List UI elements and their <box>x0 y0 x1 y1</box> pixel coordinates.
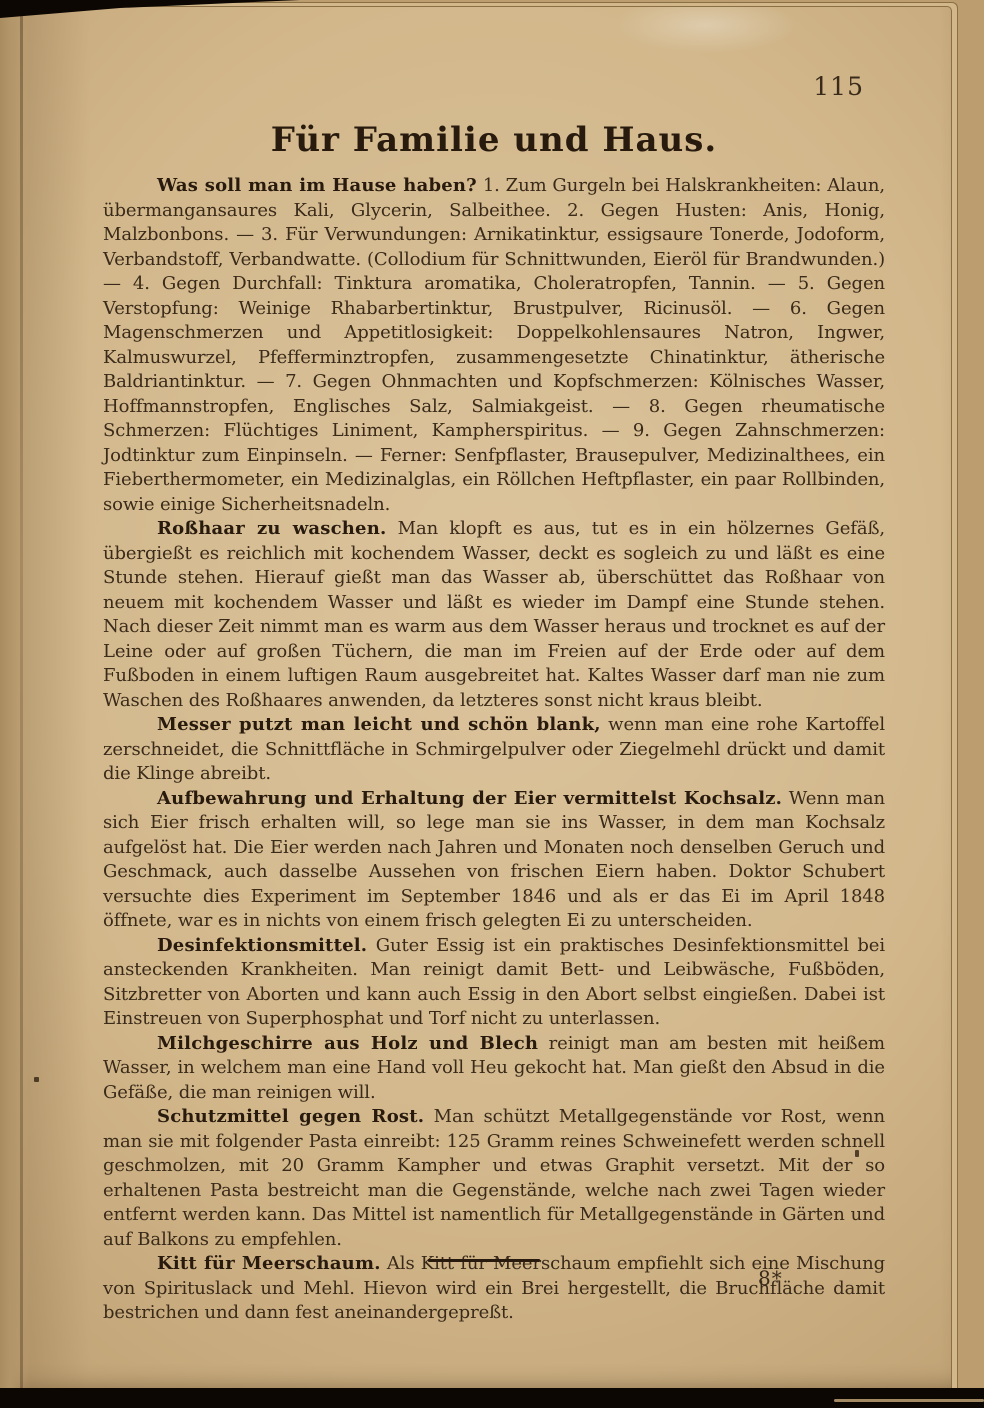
paragraph-was-soll-man-im-hause-haben: Was soll man im Hause haben? 1. Zum Gurg… <box>103 174 885 517</box>
ink-speck <box>855 1150 859 1157</box>
paragraph-body: Man klopft es aus, tut es in ein hölzern… <box>103 518 885 711</box>
paragraph-desinfektionsmittel: Desinfektionsmittel. Guter Essig ist ein… <box>103 934 885 1032</box>
section-divider-rule <box>428 1259 540 1262</box>
printer-signature-mark: 8* <box>758 1266 783 1290</box>
paragraph-rosshaar-zu-waschen: Roßhaar zu waschen. Man klopft es aus, t… <box>103 517 885 713</box>
paragraph-lead: Roßhaar zu waschen. <box>157 518 386 539</box>
paragraph-body: 1. Zum Gurgeln bei Halskrankheiten: Alau… <box>103 175 885 515</box>
paragraph-milchgeschirre: Milchgeschirre aus Holz und Blech reinig… <box>103 1032 885 1106</box>
gutter-crease <box>20 0 23 1408</box>
paragraph-lead: Desinfektionsmittel. <box>157 935 367 956</box>
page-title: Für Familie und Haus. <box>103 120 885 160</box>
paragraph-lead: Schutzmittel gegen Rost. <box>157 1106 424 1127</box>
book-scan-background: 115 Für Familie und Haus. Was soll man i… <box>0 0 984 1408</box>
ink-speck <box>34 1077 39 1082</box>
page-number: 115 <box>813 72 864 101</box>
paragraph-schutzmittel-gegen-rost: Schutzmittel gegen Rost. Man schützt Met… <box>103 1105 885 1252</box>
paragraph-lead: Messer putzt man leicht und schön blank, <box>157 714 601 735</box>
paragraph-lead: Milchgeschirre aus Holz und Blech <box>157 1033 538 1054</box>
paragraph-lead: Aufbewahrung und Erhaltung der Eier verm… <box>157 788 782 809</box>
paragraph-lead: Was soll man im Hause haben? <box>157 175 477 196</box>
paragraph-aufbewahrung-der-eier: Aufbewahrung und Erhaltung der Eier verm… <box>103 787 885 934</box>
text-column: Was soll man im Hause haben? 1. Zum Gurg… <box>103 174 885 1326</box>
gutter-shadow <box>0 0 90 1408</box>
paragraph-lead: Kitt für Meerschaum. <box>157 1253 381 1274</box>
paragraph-body: Man schützt Metallgegenstände vor Rost, … <box>103 1106 885 1250</box>
scan-void-bottom <box>0 1388 984 1408</box>
page-stack-edge <box>834 1399 984 1402</box>
paragraph-body: Wenn man sich Eier frisch erhalten will,… <box>103 788 885 932</box>
paragraph-messer-putzen: Messer putzt man leicht und schön blank,… <box>103 713 885 787</box>
